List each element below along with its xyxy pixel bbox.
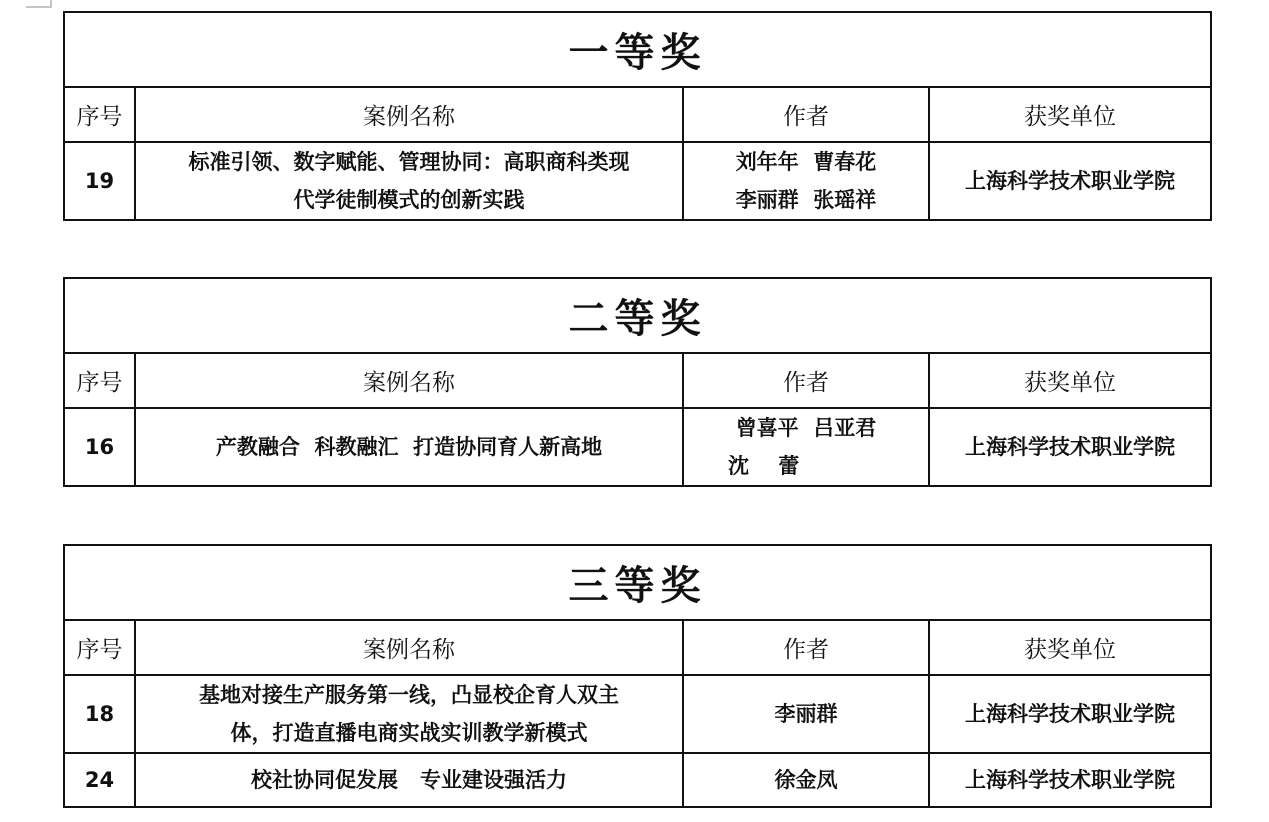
header-author: 作者 xyxy=(683,353,929,408)
third-prize-table: 三等奖 序号 案例名称 作者 获奖单位 18 基地对接生产服务第一线，凸显校企育… xyxy=(63,544,1212,808)
row-case-name: 基地对接生产服务第一线，凸显校企育人双主 体，打造直播电商实战实训教学新模式 xyxy=(135,675,683,753)
case-name-line: 基地对接生产服务第一线，凸显校企育人双主 xyxy=(136,676,682,714)
author-line: 沈 蕾 xyxy=(684,447,928,485)
row-authors: 徐金凤 xyxy=(683,753,929,807)
header-unit: 获奖单位 xyxy=(929,87,1211,142)
row-authors: 曾喜平 吕亚君 沈 蕾 xyxy=(683,408,929,486)
row-case-name: 产教融合 科教融汇 打造协同育人新高地 xyxy=(135,408,683,486)
table-title: 一等奖 xyxy=(64,12,1211,87)
author-line: 李丽群 张瑶祥 xyxy=(684,181,928,219)
case-name-line: 校社协同促发展 专业建设强活力 xyxy=(136,761,682,799)
table-row: 18 基地对接生产服务第一线，凸显校企育人双主 体，打造直播电商实战实训教学新模… xyxy=(64,675,1211,753)
header-row: 序号 案例名称 作者 获奖单位 xyxy=(64,353,1211,408)
header-index: 序号 xyxy=(64,620,135,675)
header-name: 案例名称 xyxy=(135,353,683,408)
row-unit: 上海科学技术职业学院 xyxy=(929,408,1211,486)
second-prize-table: 二等奖 序号 案例名称 作者 获奖单位 16 产教融合 科教融汇 打造协同育人新… xyxy=(63,277,1212,487)
page-corner-mark xyxy=(26,0,52,8)
row-index: 24 xyxy=(64,753,135,807)
first-prize-table: 一等奖 序号 案例名称 作者 获奖单位 19 标准引领、数字赋能、管理协同：高职… xyxy=(63,11,1212,221)
row-unit: 上海科学技术职业学院 xyxy=(929,753,1211,807)
row-unit: 上海科学技术职业学院 xyxy=(929,675,1211,753)
case-name-line: 体，打造直播电商实战实训教学新模式 xyxy=(136,714,682,752)
case-name-line: 代学徒制模式的创新实践 xyxy=(136,181,682,219)
table-row: 24 校社协同促发展 专业建设强活力 徐金凤 上海科学技术职业学院 xyxy=(64,753,1211,807)
author-line: 刘年年 曹春花 xyxy=(684,143,928,181)
row-index: 18 xyxy=(64,675,135,753)
header-unit: 获奖单位 xyxy=(929,353,1211,408)
case-name-line: 产教融合 科教融汇 打造协同育人新高地 xyxy=(136,428,682,466)
table-row: 19 标准引领、数字赋能、管理协同：高职商科类现 代学徒制模式的创新实践 刘年年… xyxy=(64,142,1211,220)
header-name: 案例名称 xyxy=(135,87,683,142)
row-index: 19 xyxy=(64,142,135,220)
header-author: 作者 xyxy=(683,620,929,675)
author-line: 李丽群 xyxy=(684,695,928,733)
author-line: 曾喜平 吕亚君 xyxy=(684,409,928,447)
author-line: 徐金凤 xyxy=(684,761,928,799)
header-index: 序号 xyxy=(64,87,135,142)
row-index: 16 xyxy=(64,408,135,486)
row-unit: 上海科学技术职业学院 xyxy=(929,142,1211,220)
header-index: 序号 xyxy=(64,353,135,408)
row-authors: 李丽群 xyxy=(683,675,929,753)
row-authors: 刘年年 曹春花 李丽群 张瑶祥 xyxy=(683,142,929,220)
header-author: 作者 xyxy=(683,87,929,142)
header-row: 序号 案例名称 作者 获奖单位 xyxy=(64,620,1211,675)
table-title: 二等奖 xyxy=(64,278,1211,353)
header-name: 案例名称 xyxy=(135,620,683,675)
header-unit: 获奖单位 xyxy=(929,620,1211,675)
case-name-line: 标准引领、数字赋能、管理协同：高职商科类现 xyxy=(136,143,682,181)
table-title: 三等奖 xyxy=(64,545,1211,620)
row-case-name: 校社协同促发展 专业建设强活力 xyxy=(135,753,683,807)
header-row: 序号 案例名称 作者 获奖单位 xyxy=(64,87,1211,142)
table-row: 16 产教融合 科教融汇 打造协同育人新高地 曾喜平 吕亚君 沈 蕾 上海科学技… xyxy=(64,408,1211,486)
row-case-name: 标准引领、数字赋能、管理协同：高职商科类现 代学徒制模式的创新实践 xyxy=(135,142,683,220)
